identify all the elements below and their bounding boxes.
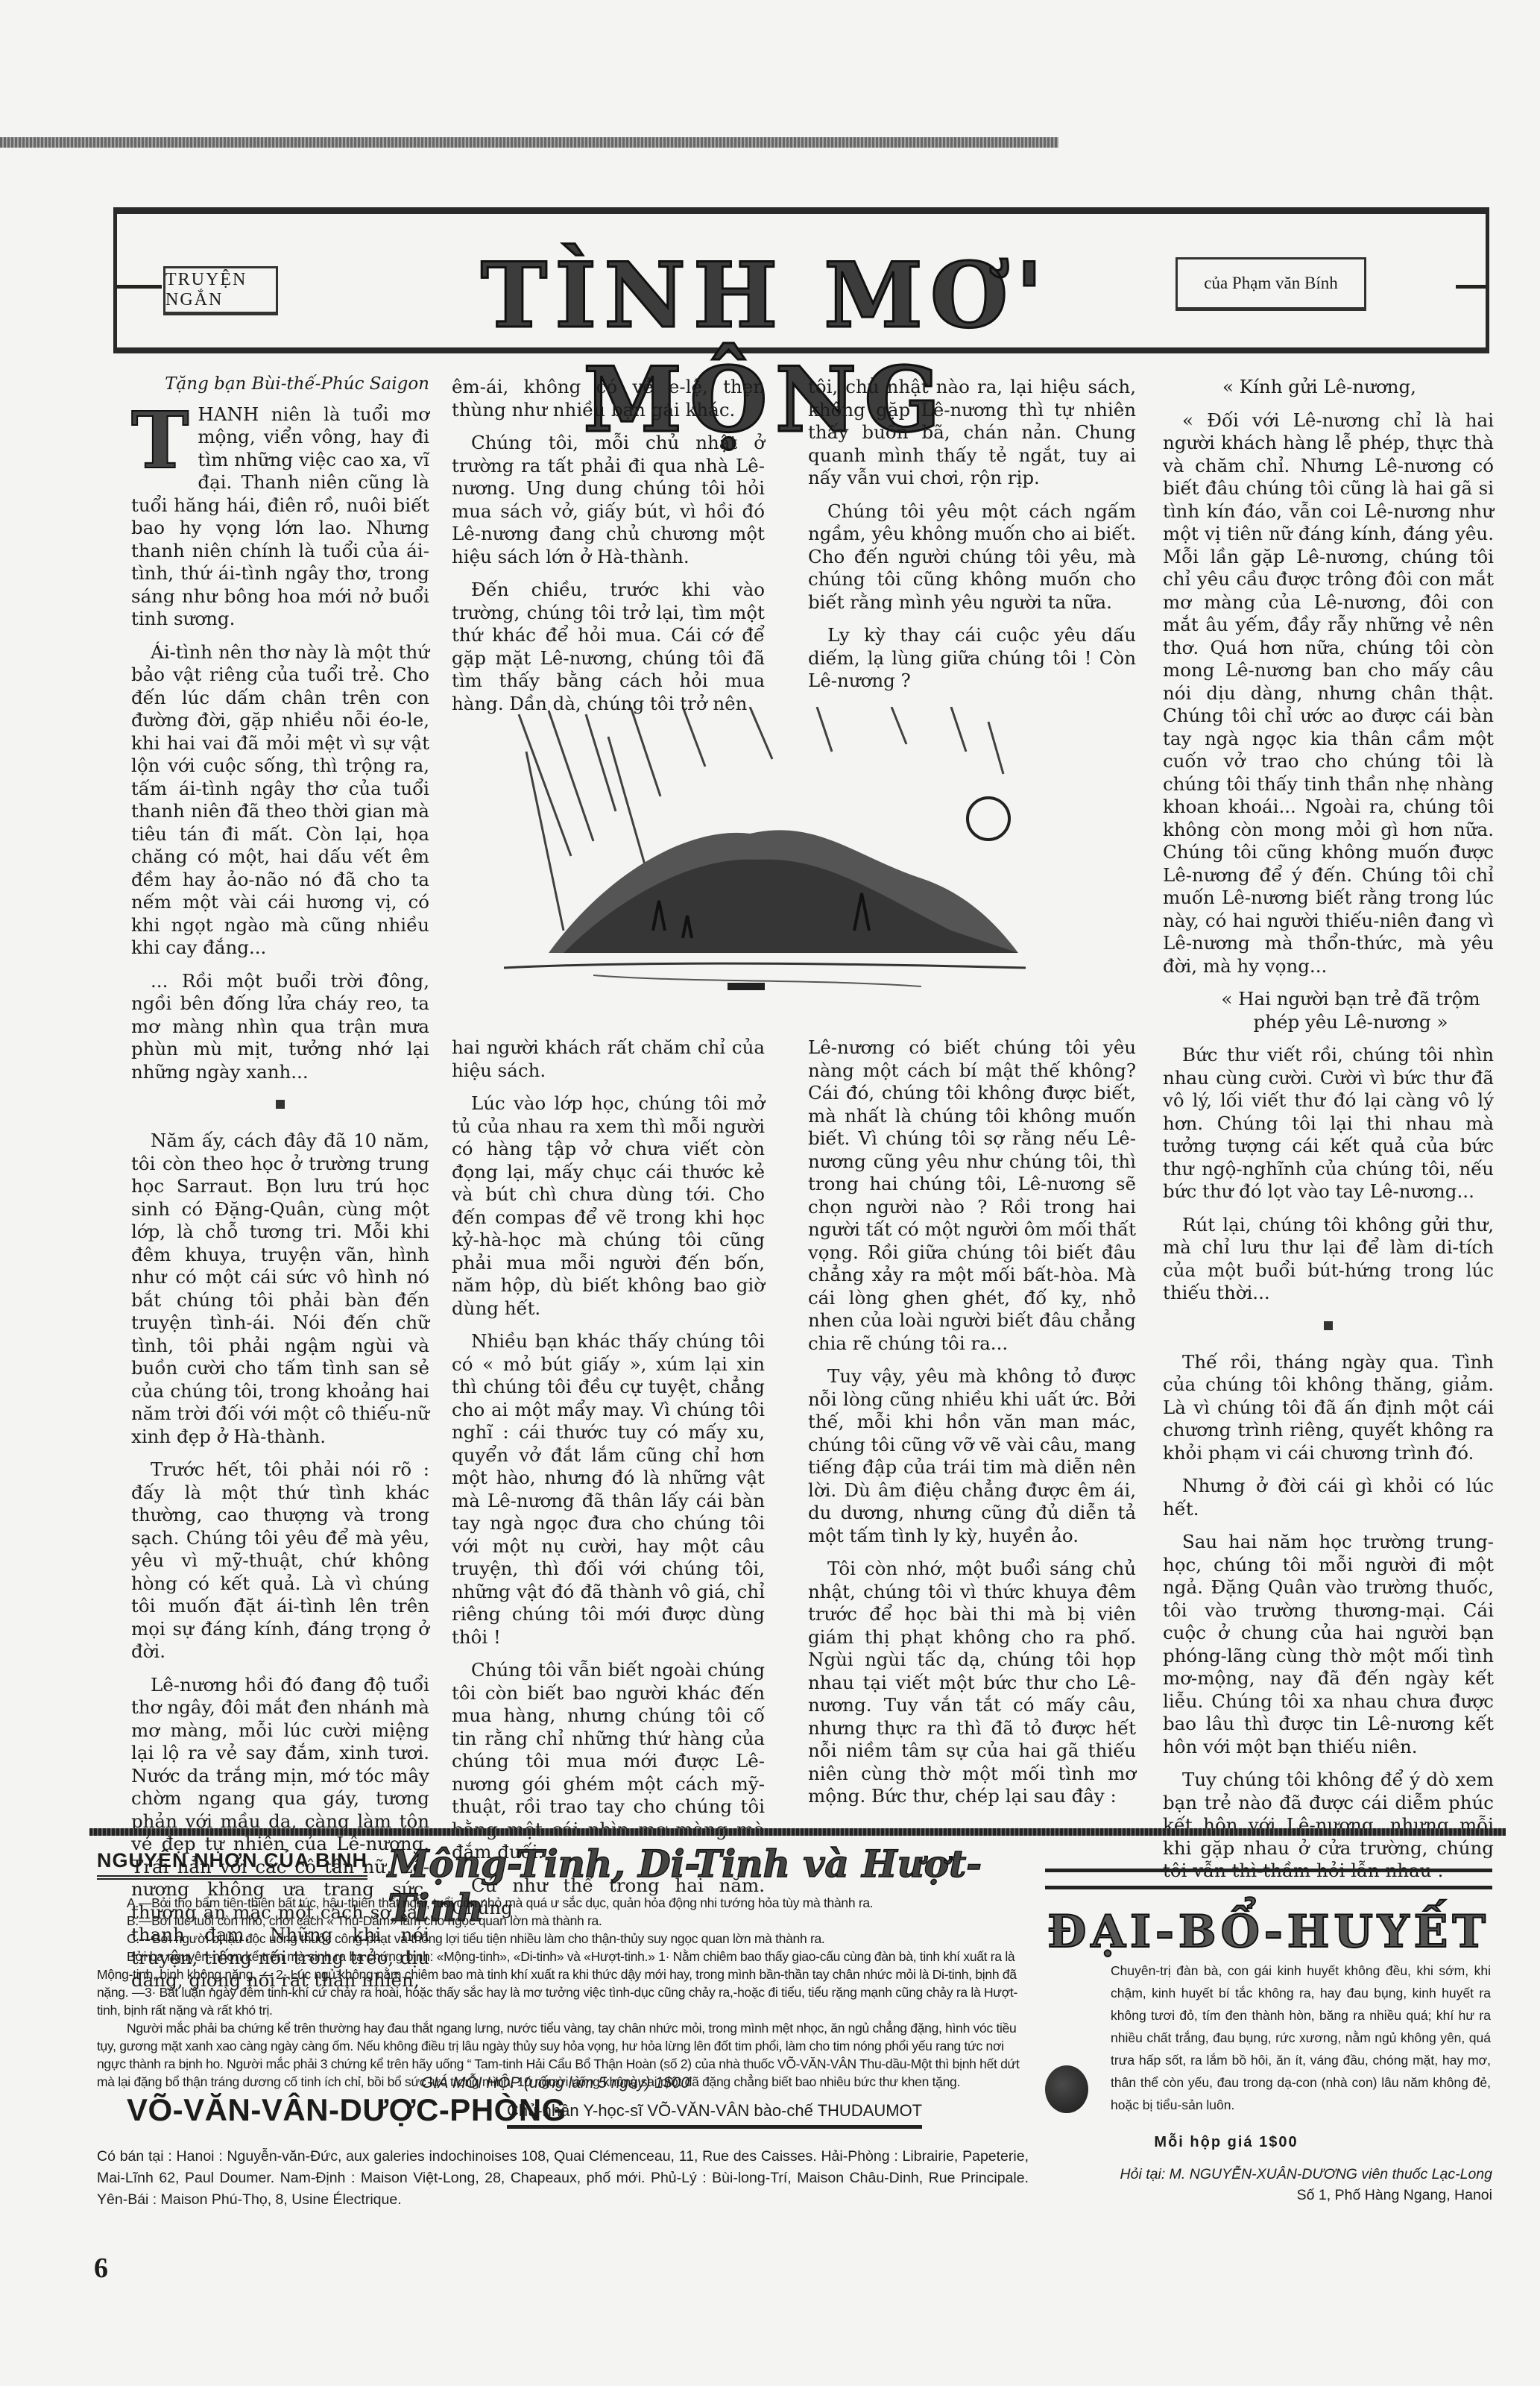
advert-line: C.—Bởi người bị lậu độc uống thuốc công-… — [97, 1930, 1029, 1948]
advert-dai-bo-huyet: ĐẠI-BỔ-HUYẾT Chuyên-trị đàn bà, con gái … — [1032, 1842, 1501, 2289]
paragraph: Nhiều bạn khác thấy chúng tôi có « mỏ bú… — [452, 1330, 765, 1649]
pill-icon — [1045, 2065, 1088, 2113]
drop-cap: T — [131, 408, 189, 473]
paragraph: êm-ái, không có vẻ e-lệ, thẹn thùng như … — [452, 376, 765, 421]
letter-salutation: « Kính gửi Lê-nương, — [1163, 376, 1494, 399]
paragraph: Chúng tôi yêu một cách ngấm ngầm, yêu kh… — [808, 500, 1136, 614]
story-column-3-bottom: Lê-nương có biết chúng tôi yêu nàng một … — [808, 1036, 1136, 1819]
advert-brand: VÕ-VĂN-VÂN-DƯỢC-PHÒNG — [127, 2092, 567, 2128]
paragraph: ... Rồi một buổi trời đông, ngồi bên đốn… — [131, 970, 429, 1084]
advert-line: A.—Bởi thọ bẩm tiên-thiên bất túc, hậu-t… — [97, 1894, 1029, 1912]
advert-retailers: Có bán tại : Hanoi : Nguyễn-văn-Đức, aux… — [97, 2146, 1029, 2211]
top-print-strip — [0, 137, 1058, 148]
genre-label: TRUYỆN NGẮN — [163, 266, 278, 315]
story-column-4: « Kính gửi Lê-nương, « Đối với Lê-nương … — [1163, 376, 1494, 1893]
paragraph: Sau hai năm học trường trung-học, chúng … — [1163, 1531, 1494, 1758]
advert-vo-van-van: NGUYÊN NHƠN CỦA BỊNH Mộng-Tinh, Di-Tinh … — [89, 1842, 1029, 2304]
paragraph: Tôi còn nhớ, một buổi sáng chủ nhật, chú… — [808, 1558, 1136, 1808]
letter-body: « Đối với Lê-nương chỉ là hai người khác… — [1163, 409, 1494, 978]
advert-title: ĐẠI-BỔ-HUYẾT — [1045, 1906, 1492, 1958]
header-rule-right — [1456, 285, 1486, 289]
advert-contact-line: Số 1, Phố Hàng Ngang, Hanoi — [1045, 2185, 1492, 2206]
story-column-1: Tặng bạn Bùi-thế-Phúc Saigon THANH niên … — [131, 373, 429, 2003]
story-column-2-bottom: hai người khách rất chăm chỉ của hiệu sá… — [452, 1036, 765, 1930]
paragraph: Năm ấy, cách đây đã 10 năm, tôi còn theo… — [131, 1130, 429, 1448]
advert-double-rule — [1045, 1869, 1492, 1889]
advert-contact: Hỏi tại: M. NGUYỄN-XUÂN-DƯƠNG viên thuốc… — [1045, 2164, 1492, 2206]
section-separator — [276, 1100, 285, 1109]
page-number: 6 — [94, 2252, 108, 2285]
paragraph: Nhưng ở đời cái gì khỏi có lúc hết. — [1163, 1475, 1494, 1520]
paragraph: Ly kỳ thay cái cuộc yêu dấu diếm, lạ lùn… — [808, 624, 1136, 693]
paragraph: Ái-tình nên thơ này là một thứ bảo vật r… — [131, 641, 429, 960]
advert-body: Chuyên-trị đàn bà, con gái kinh huyết kh… — [1111, 1960, 1491, 2116]
story-header: TRUYỆN NGẮN TÌNH MƠ' MỘNG của Phạm văn B… — [113, 207, 1489, 353]
paragraph: Rút lại, chúng tôi không gửi thư, mà chỉ… — [1163, 1214, 1494, 1305]
paragraph: Tuy vậy, yêu mà không tỏ được nỗi lòng c… — [808, 1365, 1136, 1547]
advert-divider — [89, 1828, 1506, 1836]
advert-line: B.—Bởi lúc tuổi còn nhỏ, chơi cách « Thủ… — [97, 1912, 1029, 1930]
paragraph: tôi, chủ nhật nào ra, lại hiệu sách, khô… — [808, 376, 1136, 490]
advert-owner: Chủ-nhân Y-học-sĩ VÕ-VĂN-VÂN bào-chế THU… — [507, 2101, 922, 2129]
paragraph: Bức thư viết rồi, chúng tôi nhìn nhau cù… — [1163, 1044, 1494, 1203]
advert-contact-line: Hỏi tại: M. NGUYỄN-XUÂN-DƯƠNG viên thuốc… — [1045, 2164, 1492, 2185]
landscape-illustration — [504, 707, 1026, 1027]
paragraph: Lúc vào lớp học, chúng tôi mở tủ của nha… — [452, 1092, 765, 1320]
story-column-3-top: tôi, chủ nhật nào ra, lại hiệu sách, khô… — [808, 376, 1136, 703]
paragraph: Đến chiều, trước khi vào trường, chúng t… — [452, 579, 765, 715]
paragraph: Chúng tôi, mỗi chủ nhật ở trường ra tất … — [452, 432, 765, 568]
advert-price: Mỗi hộp giá 1$00 — [1111, 2134, 1342, 2151]
header-rule-left — [117, 285, 162, 289]
story-column-2-top: êm-ái, không có vẻ e-lệ, thẹn thùng như … — [452, 376, 765, 725]
advert-price: GIÁ MỖI HỘP (uống làm 5 ngày) 1$00 — [89, 2074, 1021, 2092]
advert-line: Bởi ba nguyên-nhơn kể trên mà sinh ra ba… — [97, 1948, 1029, 2019]
letter-signature: « Hai người bạn trẻ đã trộm phép yêu Lê-… — [1163, 988, 1494, 1033]
byline: của Phạm văn Bính — [1175, 257, 1366, 311]
dedication: Tặng bạn Bùi-thế-Phúc Saigon — [131, 373, 429, 396]
paragraph: Lê-nương có biết chúng tôi yêu nàng một … — [808, 1036, 1136, 1355]
advert-body: A.—Bởi thọ bẩm tiên-thiên bất túc, hậu-t… — [97, 1894, 1029, 2091]
section-separator — [1324, 1321, 1333, 1330]
advert-heading: NGUYÊN NHƠN CỦA BỊNH — [97, 1849, 367, 1880]
paragraph: hai người khách rất chăm chỉ của hiệu sá… — [452, 1036, 765, 1082]
paragraph: Trước hết, tôi phải nói rõ : đấy là một … — [131, 1458, 429, 1663]
paragraph: Thế rồi, tháng ngày qua. Tình của chúng … — [1163, 1351, 1494, 1465]
